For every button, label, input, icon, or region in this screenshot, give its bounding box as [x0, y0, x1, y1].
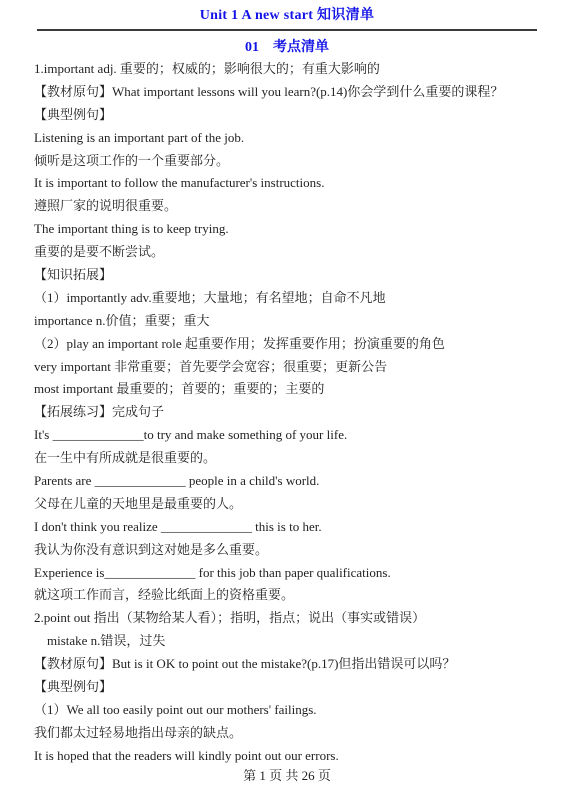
doc-line: 父母在儿童的天地里是最重要的人。	[34, 493, 541, 516]
doc-line: 【典型例句】	[34, 676, 541, 699]
doc-line: （1）We all too easily point out our mothe…	[34, 699, 541, 722]
doc-line: （1）importantly adv.重要地；大量地；有名望地；自命不凡地	[34, 287, 541, 310]
doc-line-blank: Parents are ______________ people in a c…	[34, 470, 541, 493]
doc-line: mistake n.错误，过失	[34, 630, 541, 653]
doc-line: 遵照厂家的说明很重要。	[34, 195, 541, 218]
doc-line: Listening is an important part of the jo…	[34, 127, 541, 150]
section-heading: 01考点清单	[0, 36, 574, 56]
doc-line: 我认为你没有意识到这对她是多么重要。	[34, 539, 541, 562]
document-body: 1.important adj. 重要的；权威的；影响很大的；有重大影响的 【教…	[34, 58, 541, 768]
doc-line: most important 最重要的；首要的；重要的；主要的	[34, 378, 541, 401]
doc-line: 我们都太过轻易地指出母亲的缺点。	[34, 722, 541, 745]
section-number: 01	[245, 40, 259, 55]
doc-line: 【典型例句】	[34, 104, 541, 127]
document-page: Unit 1 A new start 知识清单 01考点清单 1.importa…	[0, 0, 574, 800]
doc-line: 1.important adj. 重要的；权威的；影响很大的；有重大影响的	[34, 58, 541, 81]
section-title: 考点清单	[273, 40, 329, 55]
doc-line: The important thing is to keep trying.	[34, 218, 541, 241]
doc-line: 就这项工作而言，经验比纸面上的资格重要。	[34, 584, 541, 607]
doc-line: 【教材原句】But is it OK to point out the mist…	[34, 653, 541, 676]
doc-line-blank: It's ______________to try and make somet…	[34, 424, 541, 447]
doc-line: 倾听是这项工作的一个重要部分。	[34, 150, 541, 173]
doc-line: 【教材原句】What important lessons will you le…	[34, 81, 541, 104]
doc-line-blank: I don't think you realize ______________…	[34, 516, 541, 539]
doc-line: importance n.价值；重要；重大	[34, 310, 541, 333]
doc-line: It is important to follow the manufactur…	[34, 172, 541, 195]
doc-line: 重要的是要不断尝试。	[34, 241, 541, 264]
doc-line: 2.point out 指出（某物给某人看）；指明，指点；说出（事实或错误）	[34, 607, 541, 630]
page-number: 第 1 页 共 26 页	[0, 765, 574, 784]
doc-line: 【拓展练习】完成句子	[34, 401, 541, 424]
doc-line-blank: Experience is______________ for this job…	[34, 562, 541, 585]
page-title: Unit 1 A new start 知识清单	[0, 0, 574, 24]
doc-line: 在一生中有所成就是很重要的。	[34, 447, 541, 470]
title-divider	[37, 29, 537, 31]
doc-line: （2）play an important role 起重要作用；发挥重要作用；扮…	[34, 333, 541, 356]
doc-line: 【知识拓展】	[34, 264, 541, 287]
doc-line: very important 非常重要；首先要学会宽容；很重要；更新公告	[34, 356, 541, 379]
